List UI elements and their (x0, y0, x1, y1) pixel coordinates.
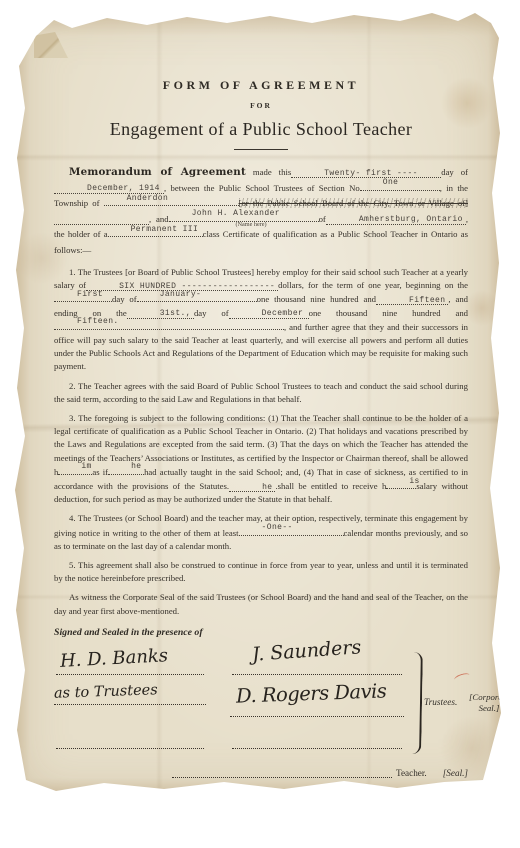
trustee-signature-line-1 (232, 674, 402, 675)
trustee-signature-line-3 (232, 748, 402, 749)
typewritten-entry: Amherstburg, Ontario (341, 216, 466, 224)
witness-signature-banks: H. D. Banks (60, 645, 169, 672)
typewritten-entry: he (116, 463, 141, 471)
printed-text: , and (149, 214, 169, 224)
printed-text: day of (194, 308, 229, 318)
document-content: FORM OF AGREEMENT FOR Engagement of a Pu… (54, 62, 468, 806)
document-paper: FORM OF AGREEMENT FOR Engagement of a Pu… (12, 8, 504, 800)
typewritten-entry: Fifteen (391, 297, 448, 305)
form-title: FORM OF AGREEMENT (54, 78, 468, 93)
fill-in-blank: Anderdon (104, 196, 239, 206)
corporate-seal-label: [Corporate Seal.] (458, 692, 520, 714)
printed-text: 5. This agreement shall also be construe… (54, 560, 468, 583)
printed-text: one thousand nine hundred and (309, 308, 468, 318)
fill-in-blank: First (54, 292, 112, 302)
fill-in-blank: John H. Alexander(Name here) (169, 212, 319, 222)
typewritten-entry: is (394, 478, 419, 486)
printed-text: day of (441, 167, 468, 177)
typewritten-entry: 31st., (142, 310, 194, 318)
scanned-document-photo: FORM OF AGREEMENT FOR Engagement of a Pu… (0, 0, 520, 848)
typewritten-entry: John H. Alexander (177, 210, 280, 218)
fill-in-blank: December (229, 309, 309, 319)
fill-in-blank: 31st., (127, 309, 194, 319)
blackletter-heading: Memorandum of Agreement (69, 166, 246, 178)
fill-in-blank (54, 215, 149, 225)
fill-in-blank: -One-- (239, 526, 344, 536)
typewritten-entry: Anderdon (112, 195, 169, 203)
typewritten-entry: Fifteen. (62, 318, 119, 326)
fill-in-blank: im (58, 465, 92, 475)
fill-in-blank: he (108, 465, 144, 475)
witness-signature-as-to-trustees: as to Trustees (54, 682, 158, 702)
printed-text: 2. The Teacher agrees with the said Boar… (54, 381, 468, 404)
witness-signature-line-3 (56, 748, 204, 749)
clause-3-conditions: 3. The foregoing is subject to the follo… (54, 412, 468, 506)
trustees-label: Trustees. (424, 698, 457, 708)
clause-4-termination: 4. The Trustees (or School Board) and th… (54, 512, 468, 553)
agreement-body: Memorandum of Agreement made thisTwenty-… (54, 165, 468, 618)
fill-in-blank: Fifteen. (54, 320, 284, 330)
trustee-signature-saunders: J. Saunders (251, 636, 362, 666)
teacher-signature-line (172, 768, 392, 778)
typewritten-entry: im (66, 463, 91, 471)
witness-signature-line-2 (54, 704, 206, 705)
typewritten-entry: January- (145, 291, 202, 299)
printed-text: day of (112, 294, 137, 304)
struck-out-text: [or the Public School Board of the City,… (239, 198, 468, 208)
printed-note: (Name here) (221, 222, 267, 228)
witness-clause: As witness the Corporate Seal of the sai… (54, 591, 468, 617)
signature-block: H. D. Banks as to Trustees J. Saunders D… (54, 640, 468, 760)
teacher-seal-label: [Seal.] (443, 768, 468, 778)
fill-in-blank: Amherstburg, Ontario (326, 215, 466, 225)
witness-signature-line-1 (56, 674, 204, 675)
printed-text: dollars, for the term of one year, begin… (278, 280, 468, 290)
typewritten-entry: One (368, 179, 399, 187)
fill-in-blank: Fifteen (376, 295, 448, 305)
fill-in-blank: One (360, 181, 440, 191)
clause-5-continuance: 5. This agreement shall also be construe… (54, 559, 468, 585)
typewritten-entry: he (244, 484, 275, 492)
typewritten-entry: -One-- (247, 524, 293, 532)
printed-text: As witness the Corporate Seal of the sai… (54, 592, 468, 615)
fill-in-blank: is (386, 479, 416, 489)
typewritten-entry: Permanent III (116, 226, 199, 234)
printed-text: one thousand nine hundred and (257, 294, 376, 304)
trustee-signature-davis: D. Rogers Davis (236, 679, 387, 707)
trustee-signature-line-2 (230, 716, 404, 717)
duplicate-bracket-label: [In Duplicate.] (101, 796, 155, 806)
presence-label: Signed and Sealed in the presence of (54, 627, 468, 638)
typewritten-entry: December, 1914 (69, 185, 163, 193)
red-pen-mark (453, 672, 470, 684)
clause-2-teacher-agrees: 2. The Teacher agrees with the said Boar… (54, 380, 468, 406)
printed-text: of (319, 214, 326, 224)
fill-in-blank: Twenty- first ---- (291, 168, 441, 178)
trustees-brace (409, 652, 423, 754)
printed-text: as if (92, 467, 108, 477)
duplicate-note: [In Duplicate.] One copy to be retained … (54, 796, 468, 806)
printed-text: .shall be entitled to receive h (275, 481, 386, 491)
duplicate-note-text: One copy to be retained by the Trustees … (167, 796, 421, 806)
typewritten-entry: December (244, 310, 307, 318)
teacher-signature-row: Teacher. [Seal.] (172, 768, 468, 778)
title-divider-rule (234, 149, 288, 150)
printed-text: , between the Public School Trustees of … (164, 183, 360, 193)
printed-text: made this (246, 167, 291, 177)
clause-1-employment: 1. The Trustees [or Board of Public Scho… (54, 266, 468, 374)
typewritten-entry: Twenty- first ---- (306, 170, 421, 178)
fill-in-blank: Permanent III (108, 227, 203, 237)
teacher-label: Teacher. (396, 768, 427, 778)
memorandum-paragraph: Memorandum of Agreement made thisTwenty-… (54, 165, 468, 258)
fill-in-blank: he (229, 482, 275, 492)
fill-in-blank: January- (137, 292, 257, 302)
torn-corner (34, 32, 68, 58)
document-title: Engagement of a Public School Teacher (54, 119, 468, 140)
fill-in-blank: December, 1914 (54, 184, 164, 194)
form-subtitle: FOR (54, 101, 468, 110)
typewritten-entry: First (62, 291, 103, 299)
